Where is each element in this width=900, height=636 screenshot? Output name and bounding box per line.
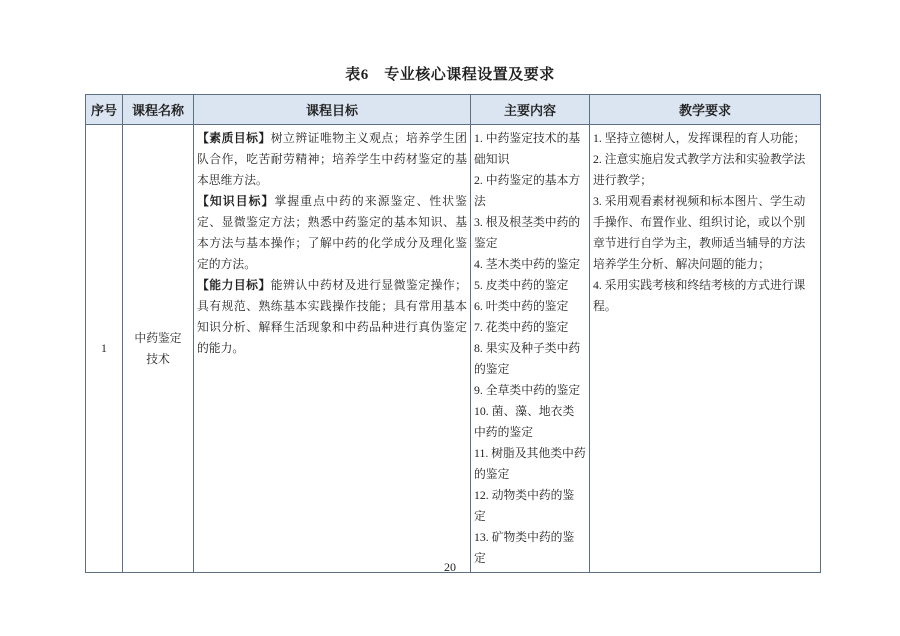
content-item: 4. 茎木类中药的鉴定	[474, 254, 586, 275]
objective-paragraph: 【能力目标】能辨认中药材及进行显微鉴定操作；具有规范、熟练基本实践操作技能；具有…	[197, 275, 467, 359]
header-seq: 序号	[86, 95, 123, 125]
content-item: 3. 根及根茎类中药的鉴定	[474, 212, 586, 254]
cell-seq: 1	[86, 125, 123, 573]
objective-paragraph: 【知识目标】掌握重点中药的来源鉴定、性状鉴定、显微鉴定方法；熟悉中药鉴定的基本知…	[197, 191, 467, 275]
content-item: 1. 中药鉴定技术的基础知识	[474, 128, 586, 170]
content-item: 7. 花类中药的鉴定	[474, 317, 586, 338]
content-item: 2. 中药鉴定的基本方法	[474, 170, 586, 212]
requirement-item: 3. 采用观看素材视频和标本图片、学生动手操作、布置作业、组织讨论，或以个别章节…	[593, 191, 817, 275]
document-page: 表6 专业核心课程设置及要求 序号 课程名称 课程目标 主要内容 教学要求 1 …	[0, 0, 900, 636]
objective-paragraph: 【素质目标】树立辨证唯物主义观点；培养学生团队合作，吃苦耐劳精神；培养学生中药材…	[197, 128, 467, 191]
page-number: 20	[0, 560, 900, 575]
header-course-name: 课程名称	[123, 95, 194, 125]
requirement-item: 1. 坚持立德树人，发挥课程的育人功能；	[593, 128, 817, 149]
core-course-table: 序号 课程名称 课程目标 主要内容 教学要求 1 中药鉴定技术 【素质目标】树立…	[85, 94, 821, 573]
requirement-item: 2. 注意实施启发式教学方法和实验教学法进行教学；	[593, 149, 817, 191]
content-item: 10. 菌、藻、地衣类中药的鉴定	[474, 401, 586, 443]
cell-course-objectives: 【素质目标】树立辨证唯物主义观点；培养学生团队合作，吃苦耐劳精神；培养学生中药材…	[194, 125, 471, 573]
cell-course-name: 中药鉴定技术	[123, 125, 194, 573]
objective-label: 【能力目标】	[197, 278, 271, 292]
header-teaching-requirements: 教学要求	[590, 95, 821, 125]
table-header-row: 序号 课程名称 课程目标 主要内容 教学要求	[86, 95, 821, 125]
table-row: 1 中药鉴定技术 【素质目标】树立辨证唯物主义观点；培养学生团队合作，吃苦耐劳精…	[86, 125, 821, 573]
header-main-content: 主要内容	[471, 95, 590, 125]
content-item: 9. 全草类中药的鉴定	[474, 380, 586, 401]
objective-label: 【素质目标】	[197, 131, 271, 145]
objective-label: 【知识目标】	[197, 194, 274, 208]
cell-teaching-requirements: 1. 坚持立德树人，发挥课程的育人功能；2. 注意实施启发式教学方法和实验教学法…	[590, 125, 821, 573]
content-item: 6. 叶类中药的鉴定	[474, 296, 586, 317]
content-item: 5. 皮类中药的鉴定	[474, 275, 586, 296]
requirement-item: 4. 采用实践考核和终结考核的方式进行课程。	[593, 275, 817, 317]
content-item: 11. 树脂及其他类中药的鉴定	[474, 443, 586, 485]
cell-main-content: 1. 中药鉴定技术的基础知识2. 中药鉴定的基本方法3. 根及根茎类中药的鉴定4…	[471, 125, 590, 573]
content-item: 12. 动物类中药的鉴定	[474, 485, 586, 527]
header-course-objectives: 课程目标	[194, 95, 471, 125]
content-item: 8. 果实及种子类中药的鉴定	[474, 338, 586, 380]
table-title: 表6 专业核心课程设置及要求	[0, 63, 900, 84]
